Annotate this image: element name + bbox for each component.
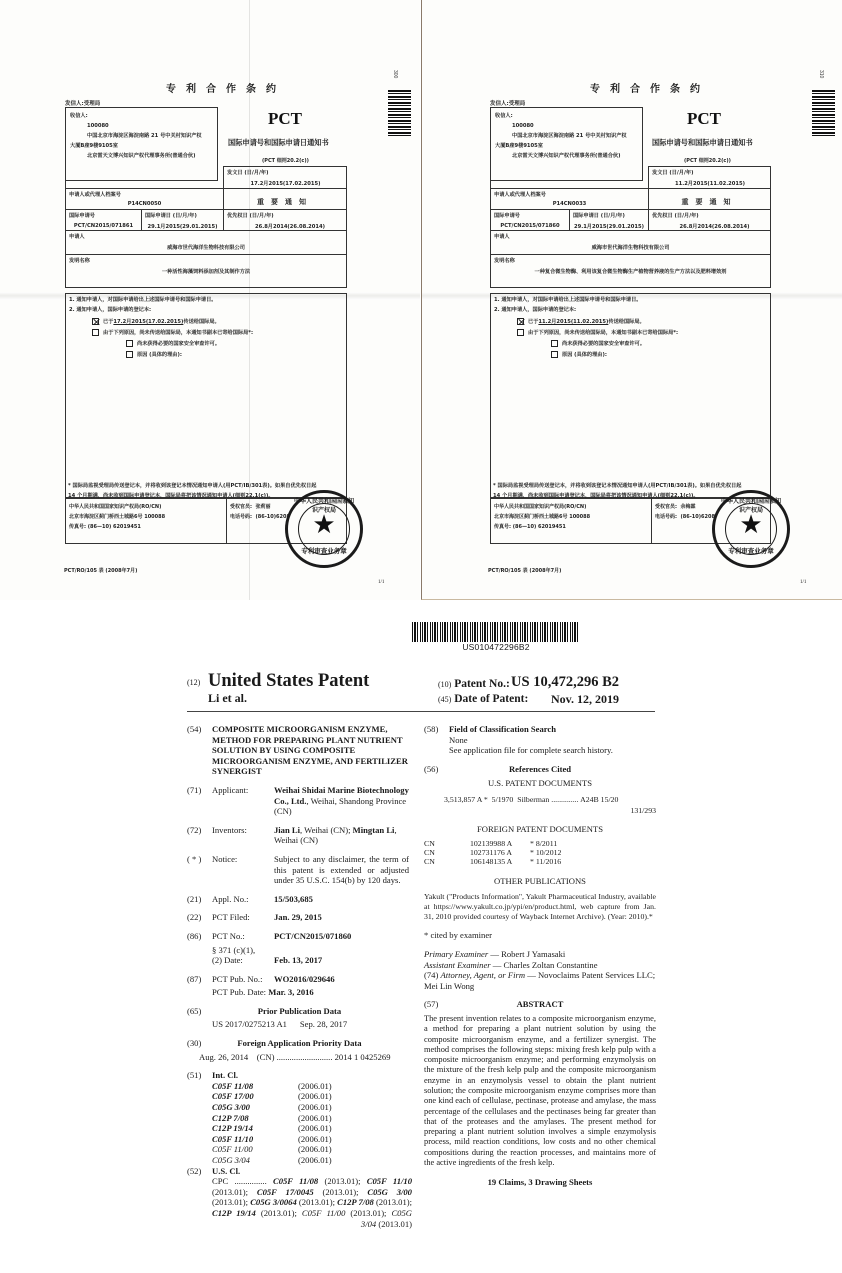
date-of-patent-line: (45) Date of Patent: [438,693,528,705]
barcode-label: 300 [392,70,398,78]
primary-examiner-label: Primary Examiner [424,949,488,959]
applicant-cell: 申请人 威海市世代海洋生物科技有限公司 [491,231,770,254]
official-seal-stamp: 中华人民共和国国家知识产权局 ★ 专利审查业务章 [712,490,790,568]
field-search-note: See application file for complete search… [449,745,656,756]
pct-pub-no-field: (87) PCT Pub. No.:WO2016/029646 [187,974,412,985]
star-icon: ★ [715,511,787,539]
pct-notice-right: 310 专利合作条约 发信人:受理局 收信人: 100080 中国北京市海淀区海… [421,0,842,600]
other-pubs-heading: OTHER PUBLICATIONS [424,876,656,887]
option-not-sent: 由于下列原因，尚未传送给国际局，本通知书副本已寄给国际局*: [517,329,678,336]
foreign-doc-number: 102139988 A [470,839,530,848]
option-security: 尚未获得必要的国家安全审查许可。 [126,340,220,347]
appl-no-label: Appl. No.: [212,894,274,905]
s371-label: § 371 (c)(1), [212,945,412,956]
treaty-title: 专利合作条约 [166,80,286,95]
abstract-heading-field: (57) ABSTRACT [424,999,656,1010]
sender-label: 发信人:受理局 [65,99,100,107]
office-fax: 传真号: (86—10) 62019451 [494,522,590,532]
intl-filing-date-cell: 国际申请日 (日/月/年) 29.1月2015(29.01.2015) [141,210,223,230]
cpc-label: CPC ............... [212,1176,273,1186]
foreign-priority-heading-field: (30) Foreign Application Priority Data [187,1038,412,1049]
office-info: 中华人民共和国国家知识产权局(RO/CN) 北京市海淀区蓟门桥西土城路6号 10… [69,502,165,532]
file-ref-row: 申请人或代理人档案号 P14CN0033 重要通知 [491,188,770,209]
notice-field: ( * ) Notice:Subject to any disclaimer, … [187,854,412,886]
appl-no: 15/503,685 [274,894,409,905]
header-divider [187,711,655,712]
s371-date-label: (2) Date: [212,955,274,966]
option-other-reason: 原因 (具体的理由): [551,351,607,358]
inventor-location: , Weihai (CN); [300,825,353,835]
field-code: (52) [187,1166,201,1177]
cpc-code: C05F 11/10 [367,1176,412,1186]
field-code: (51) [187,1070,201,1081]
assistant-examiner: Assistant Examiner — Charles Zoltan Cons… [424,960,656,971]
s371-field: § 371 (c)(1), (2) Date:Feb. 13, 2017 [187,945,412,966]
abstract-heading: ABSTRACT [424,999,656,1010]
int-cl-version: (2006.01) [298,1123,412,1134]
invention-title-cell: 发明名称 一种活性海藻饲料添加剂及其制作方法 [66,255,346,288]
authors: Li et al. [208,691,247,706]
notification-body: 1. 通知申请人，对国际申请给出上述国际申请号和国际申请日。 2. 通知申请人，… [490,293,771,498]
barcode-icon [412,622,580,642]
recipient-address: 中国北京市海淀区海淀南路 21 号中关村知识产权 [70,131,213,141]
foreign-doc-row: CN106148135 A* 11/2016 [424,857,656,866]
form-id: PCT/RO/105 表 (2008年7月) [64,567,137,574]
references-heading: References Cited [424,764,656,775]
checkbox-icon [126,340,133,347]
applicant-row: 申请人 威海市世代海洋生物科技有限公司 [66,230,346,254]
cpc-code: C05F 17/0045 [257,1187,314,1197]
important-notice-cell: 重要通知 [223,189,346,209]
pct-pub-date-label: PCT Pub. Date: [212,987,266,997]
invention-title: COMPOSITE MICROORGANISM ENZYME, METHOD F… [212,724,412,777]
office-info: 中华人民共和国国家知识产权局(RO/CN) 北京市海淀区蓟门桥西土城路6号 10… [494,502,590,532]
recipient-firm: 北京雷天文博兴知识产权代理事务所(普通合伙) [70,151,213,161]
recipient-label: 收信人: [70,111,213,121]
int-cl-version: (2006.01) [298,1102,412,1113]
barcode-icon [812,90,835,136]
checkbox-icon [551,340,558,347]
application-info-grid: 发文日 (日/月/年) 11.2月2015(11.02.2015) 申请人或代理… [490,166,771,288]
int-cl-code: C05F 11/08 [212,1081,298,1092]
prior-pub-heading-field: (65) Prior Publication Data [187,1006,412,1017]
pct-no-field: (86) PCT No.:PCT/CN2015/071860 [187,931,412,942]
us-docs-list: 3,513,857 A * 5/1970 Silberman .........… [444,795,656,816]
foreign-doc-row: CN102731176 A* 10/2012 [424,848,656,857]
dispatch-date: 17.2月2015(17.02.2015) [227,180,344,187]
recipient-postcode: 100080 [70,121,213,131]
int-cl-version: (2006.01) [298,1081,412,1092]
field-code: (86) [187,931,201,942]
file-ref-cell: 申请人或代理人档案号 P14CN0033 [491,189,648,209]
attorney-label: Attorney, Agent, or Firm [440,970,525,980]
option-other-reason: 原因 (具体的理由): [126,351,182,358]
abstract-text: The present invention relates to a compo… [424,1014,656,1168]
checkbox-icon [517,329,524,336]
invention-title: 一种活性海藻饲料添加剂及其制作方法 [69,268,343,275]
applicant-field: (71) Applicant:Weihai Shidai Marine Biot… [187,785,412,817]
int-cl-list: C05F 11/08(2006.01)C05F 17/00(2006.01)C0… [212,1081,412,1166]
pct-no-label: PCT No.: [212,931,274,942]
int-cl-version: (2006.01) [298,1134,412,1145]
assistant-examiner-label: Assistant Examiner [424,960,491,970]
file-ref: P14CN0033 [494,201,645,207]
foreign-doc-country: CN [424,857,470,866]
applicant: 威海市世代海洋生物科技有限公司 [69,244,343,251]
claims-summary: 19 Claims, 3 Drawing Sheets [424,1177,656,1188]
official-seal-stamp: 中华人民共和国国家知识产权局 ★ 专利审查业务章 [285,490,363,568]
field-code: (30) [187,1038,201,1049]
invention-title-row: 发明名称 一种活性海藻饲料添加剂及其制作方法 [66,254,346,288]
prior-pub-heading: Prior Publication Data [187,1006,412,1017]
application-info-grid: 发文日 (日/月/年) 17.2月2015(17.02.2015) 申请人或代理… [65,166,347,288]
int-cl-version: (2006.01) [298,1113,412,1124]
priority-date-cell: 优先权日 (日/月/年) 26.8月2014(26.08.2014) [223,210,346,230]
important-notice-cell: 重要通知 [648,189,770,209]
patent-number: US 10,472,296 B2 [511,674,619,691]
field-code: (58) [424,724,438,735]
rule-reference: (PCT 细则20.2(c)) [262,157,309,164]
cpc-code: C05G 3/0064 [250,1197,297,1207]
checkbox-checked-icon [517,318,524,325]
seal-bottom-text: 专利审查业务章 [715,546,787,555]
footnote-line-1: * 国际局监视受理局传送登记本，并将收到该登记本情况通知申请人(用PCT/IB/… [68,482,316,489]
foreign-doc-row: CN102139988 A* 8/2011 [424,839,656,848]
foreign-docs-heading: FOREIGN PATENT DOCUMENTS [424,824,656,835]
priority-date-label: 优先权日 (日/月/年) [652,212,767,219]
recipient-address-2: 大厦B座9楼9105室 [495,141,638,151]
foreign-doc-date: * 10/2012 [530,848,656,857]
foreign-doc-number: 106148135 A [470,857,530,866]
field-code: (74) [424,970,438,980]
other-publication: Yakult ("Products Information", Yakult P… [424,892,656,922]
office-name: 中华人民共和国国家知识产权局(RO/CN) [69,502,165,512]
footnote-line-1: * 国际局监视受理局传送登记本，并将收到该登记本情况通知申请人(用PCT/IB/… [493,482,741,489]
foreign-priority-app-no: 2014 1 0425269 [335,1052,391,1062]
prior-pub-no: US 2017/0275213 A1 [212,1019,287,1029]
sender-label: 发信人:受理局 [490,99,525,107]
foreign-priority-heading: Foreign Application Priority Data [187,1038,412,1049]
appl-no-field: (21) Appl. No.:15/503,685 [187,894,412,905]
notice-item-2: 2. 通知申请人，国际申请的登记本: [69,306,151,313]
primary-examiner: Primary Examiner — Robert J Yamasaki [424,949,656,960]
pct-filed-field: (22) PCT Filed:Jan. 29, 2015 [187,912,412,923]
dispatch-date: 11.2月2015(11.02.2015) [652,180,768,187]
pct-pub-date: Mar. 3, 2016 [268,987,314,997]
applicant-label: 申请人 [69,233,343,240]
invention-title-cell: 发明名称 一种复合微生物酶、利用该复合微生物酶生产植物营养液的生产方法以及肥料增… [491,255,770,288]
inventor-name: Mingtan Li [353,825,395,835]
pct-pub-no: WO2016/029646 [274,974,409,985]
int-cl-code: C05F 11/00 [212,1144,298,1155]
intl-app-no: PCT/CN2015/071861 [69,223,138,229]
notice-item-2: 2. 通知申请人，国际申请的登记本: [494,306,576,313]
notice-item-1: 1. 通知申请人，对国际申请给出上述国际申请号和国际申请日。 [69,296,216,303]
intl-filing-date-cell: 国际申请日 (日/月/年) 29.1月2015(29.01.2015) [569,210,648,230]
dispatch-date-label: 发文日 (日/月/年) [227,169,344,176]
intl-app-no-label: 国际申请号 [494,212,566,219]
cpc-code: C12P 7/08 [337,1197,374,1207]
applicant-label: Applicant: [212,785,274,796]
kind-code-number: (12) [187,678,200,687]
cited-by-examiner-note: * cited by examiner [424,930,656,941]
intl-app-no-cell: 国际申请号 PCT/CN2015/071861 [66,210,141,230]
option-sent: 已于17.2月2015(17.02.2015)传送给国际局。 [92,318,220,325]
file-ref-cell: 申请人或代理人档案号 P14CN0050 [66,189,223,209]
us-doc-row: 3,513,857 A * 5/1970 Silberman .........… [444,795,656,806]
int-cl-version: (2006.01) [298,1155,412,1166]
attorney: (74) Attorney, Agent, or Firm — Novoclai… [424,970,656,991]
applicant-row: 申请人 威海市世代海洋生物科技有限公司 [491,230,770,254]
office-address: 北京市海淀区蓟门桥西土城路6号 100088 [494,512,590,522]
primary-examiner-name: — Robert J Yamasaki [488,949,565,959]
foreign-doc-country: CN [424,839,470,848]
foreign-doc-date: * 8/2011 [530,839,656,848]
int-cl-version: (2006.01) [298,1144,412,1155]
int-cl-code: C12P 19/14 [212,1123,298,1134]
page-number: 1/1 [800,580,806,585]
recipient-postcode: 100080 [495,121,638,131]
intl-app-no-label: 国际申请号 [69,212,138,219]
priority-date-label: 优先权日 (日/月/年) [227,212,343,219]
file-ref-label: 申请人或代理人档案号 [494,191,645,198]
cpc-code: C05F 11/00 [302,1208,346,1218]
field-code: (71) [187,785,201,796]
right-column: (58) Field of Classification Search None… [424,724,656,1188]
cpc-list: CPC ............... C05F 11/08 (2013.01)… [212,1176,412,1229]
field-code: (72) [187,825,201,836]
cpc-code: C05G 3/04 [361,1208,412,1229]
barcode-icon [388,90,411,136]
field-code: ( * ) [187,854,201,865]
checkbox-icon [126,351,133,358]
priority-date: 26.8月2014(26.08.2014) [237,223,343,230]
application-row: 国际申请号 PCT/CN2015/071861 国际申请日 (日/月/年) 29… [66,209,346,230]
field-code: (45) [438,695,451,704]
checkbox-checked-icon [92,318,99,325]
seal-bottom-text: 专利审查业务章 [288,546,360,555]
invention-title-label: 发明名称 [494,257,767,264]
pct-filed-date: Jan. 29, 2015 [274,912,409,923]
foreign-doc-number: 102731176 A [470,848,530,857]
intl-filing-date: 29.1月2015(29.01.2015) [573,223,645,230]
invention-title-label: 发明名称 [69,257,343,264]
us-docs-heading: U.S. PATENT DOCUMENTS [424,778,656,789]
dispatch-date-label: 发文日 (日/月/年) [652,169,768,176]
pct-no: PCT/CN2015/071860 [274,931,409,942]
pct-filed-label: PCT Filed: [212,912,274,923]
option-not-sent: 由于下列原因，尚未传送给国际局，本通知书副本已寄给国际局*: [92,329,253,336]
page-number: 1/1 [378,580,384,585]
file-ref-label: 申请人或代理人档案号 [69,191,220,198]
field-code: (10) [438,680,451,689]
pct-logo: PCT [268,109,302,129]
int-cl-code: C05G 3/04 [212,1155,298,1166]
recipient-label: 收信人: [495,111,638,121]
rule-reference: (PCT 细则20.2(c)) [684,157,731,164]
file-ref: P14CN0050 [69,201,220,207]
field-code: (54) [187,724,201,735]
applicant-cell: 申请人 威海市世代海洋生物科技有限公司 [66,231,346,254]
us-cl-heading: U.S. Cl. [212,1166,412,1177]
recipient-address: 中国北京市海淀区海淀南路 21 号中关村知识产权 [495,131,638,141]
checkbox-icon [551,351,558,358]
us-patent-front-page: US010472296B2 (12) United States Patent … [0,600,842,1273]
cpc-code: C12P 19/14 [212,1208,256,1218]
prior-pub-date: Sep. 28, 2017 [300,1019,347,1029]
foreign-priority-date: Aug. 26, 2014 [199,1052,248,1062]
int-cl-version: (2006.01) [298,1091,412,1102]
recipient-address-2: 大厦B座9楼9105室 [70,141,213,151]
patent-number-line: (10) Patent No.: [438,678,510,690]
recipient-firm: 北京雷天文博兴知识产权代理事务所(普通合伙) [495,151,638,161]
date-of-patent: Nov. 12, 2019 [551,692,619,707]
field-search-heading: Field of Classification Search [449,724,656,735]
foreign-doc-date: * 11/2016 [530,857,656,866]
date-of-patent-label: Date of Patent: [454,693,528,705]
field-code: (56) [424,764,438,775]
option-sent: 已于11.2月2015(11.02.2015)传送给国际局。 [517,318,645,325]
int-cl-code: C05F 11/10 [212,1134,298,1145]
field-code: (57) [424,999,438,1010]
field-code: (65) [187,1006,201,1017]
notice-text: Subject to any disclaimer, the term of t… [274,854,409,886]
pct-pub-no-label: PCT Pub. No.: [212,974,274,985]
intl-filing-date-label: 国际申请日 (日/月/年) [145,212,220,219]
assistant-examiner-name: — Charles Zoltan Constantine [491,960,598,970]
application-row: 国际申请号 PCT/CN2015/071860 国际申请日 (日/月/年) 29… [491,209,770,230]
notice-title: 国际申请号和国际申请日通知书 [652,138,753,148]
barcode-number: US010472296B2 [412,642,580,652]
important-notice: 重要通知 [227,197,343,207]
intl-app-no-cell: 国际申请号 PCT/CN2015/071860 [491,210,569,230]
int-cl-code: C05G 3/00 [212,1102,298,1113]
field-code: (22) [187,912,201,923]
office-address: 北京市海淀区蓟门桥西土城路6号 100088 [69,512,165,522]
important-notice: 重要通知 [652,197,767,207]
treaty-title: 专利合作条约 [590,80,710,95]
pct-notice-left: 300 专利合作条约 发信人:受理局 收信人: 100080 中国北京市海淀区海… [0,0,420,600]
intl-filing-date-label: 国际申请日 (日/月/年) [573,212,645,219]
priority-date-cell: 优先权日 (日/月/年) 26.8月2014(26.08.2014) [648,210,770,230]
office-name: 中华人民共和国国家知识产权局(RO/CN) [494,502,590,512]
cpc-code: C05G 3/00 [367,1187,412,1197]
notice-item-1: 1. 通知申请人，对国际申请给出上述国际申请号和国际申请日。 [494,296,641,303]
intl-app-no: PCT/CN2015/071860 [494,223,566,229]
field-search-value: None [449,735,656,746]
checkbox-icon [92,329,99,336]
pct-pub-date-field: PCT Pub. Date: Mar. 3, 2016 [187,987,412,998]
foreign-doc-country: CN [424,848,470,857]
dispatch-date-cell: 发文日 (日/月/年) 17.2月2015(17.02.2015) [223,166,347,188]
intl-filing-date: 29.1月2015(29.01.2015) [145,223,220,230]
references-heading-field: (56) References Cited [424,764,656,775]
field-code: (87) [187,974,201,985]
form-id: PCT/RO/105 表 (2008年7月) [488,567,561,574]
field-code: (21) [187,894,201,905]
int-cl-code: C05F 17/00 [212,1091,298,1102]
prior-pub-field: US 2017/0275213 A1 Sep. 28, 2017 [187,1019,412,1030]
applicant: 威海市世代海洋生物科技有限公司 [494,244,767,251]
priority-date: 26.8月2014(26.08.2014) [662,223,767,230]
notice-title: 国际申请号和国际申请日通知书 [228,138,329,148]
foreign-docs-list: CN102139988 A* 8/2011CN102731176 A* 10/2… [424,839,656,866]
invention-title: 一种复合微生物酶、利用该复合微生物酶生产植物营养液的生产方法以及肥料增效剂 [494,268,767,275]
dispatch-date-cell: 发文日 (日/月/年) 11.2月2015(11.02.2015) [648,166,771,188]
pct-logo: PCT [687,109,721,129]
barcode-label: 310 [818,70,824,78]
inventor-name: Jian Li [274,825,300,835]
patent-number-label: Patent No.: [454,678,510,690]
title-field: (54) COMPOSITE MICROORGANISM ENZYME, MET… [187,724,412,777]
leader-dots: .......................... [277,1052,333,1062]
int-cl-code: C12P 7/08 [212,1113,298,1124]
notification-body: 1. 通知申请人，对国际申请给出上述国际申请号和国际申请日。 2. 通知申请人，… [65,293,347,498]
us-doc-class: 131/293 [444,806,656,817]
us-cl-field: (52) U.S. Cl. CPC ............... C05F 1… [187,1166,412,1230]
foreign-priority-field: Aug. 26, 2014 (CN) .....................… [187,1052,412,1063]
left-column: (54) COMPOSITE MICROORGANISM ENZYME, MET… [187,724,412,1237]
field-search: (58) Field of Classification Search None… [424,724,656,756]
option-security: 尚未获得必要的国家安全审查许可。 [551,340,645,347]
invention-title-row: 发明名称 一种复合微生物酶、利用该复合微生物酶生产植物营养液的生产方法以及肥料增… [491,254,770,288]
int-cl-heading: Int. Cl. [212,1070,412,1081]
applicant-label: 申请人 [494,233,767,240]
office-fax: 传真号: (86—10) 62019451 [69,522,165,532]
star-icon: ★ [288,511,360,539]
s371-date: Feb. 13, 2017 [274,955,409,966]
int-cl-field: (51) Int. Cl. C05F 11/08(2006.01)C05F 17… [187,1070,412,1165]
document-type: United States Patent [208,671,369,692]
notice-label: Notice: [212,854,274,865]
foreign-priority-country: (CN) [257,1052,275,1062]
inventors-label: Inventors: [212,825,274,836]
inventors-field: (72) Inventors:Jian Li, Weihai (CN); Min… [187,825,412,846]
file-ref-row: 申请人或代理人档案号 P14CN0050 重要通知 [66,188,346,209]
cpc-code: C05F 11/08 [273,1176,318,1186]
